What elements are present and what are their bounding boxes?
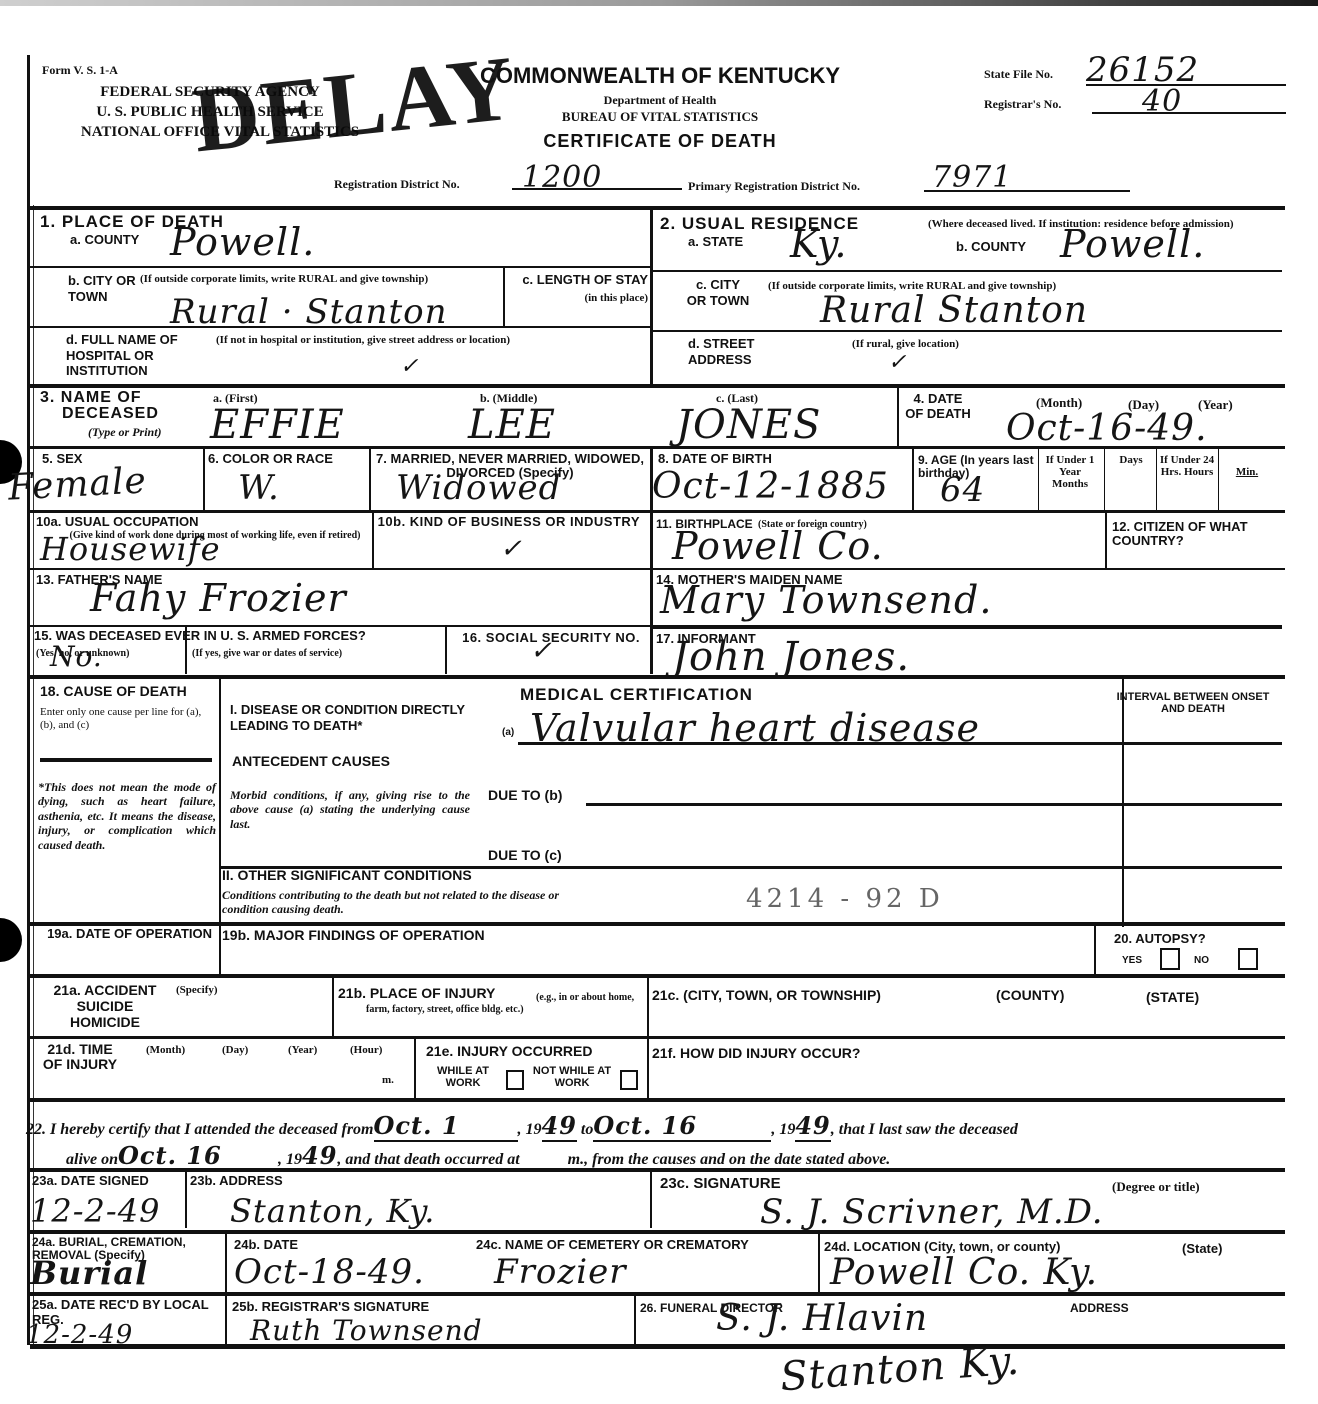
medical-cert-title: MEDICAL CERTIFICATION (520, 686, 753, 704)
age-value[interactable]: 64 (940, 470, 985, 510)
primary-district-label: Primary Registration District No. (688, 180, 860, 193)
rule (30, 1292, 1285, 1296)
bureau-name: BUREAU OF VITAL STATISTICS (430, 110, 890, 124)
autopsy-no-checkbox[interactable] (1238, 948, 1258, 970)
race-value[interactable]: W. (238, 468, 280, 508)
antecedent-note: Morbid conditions, if any, giving rise t… (230, 788, 470, 831)
armed-forces-value[interactable]: No. (50, 640, 103, 673)
divider (1156, 448, 1157, 510)
hospital-note: (If not in hospital or institution, give… (216, 334, 636, 346)
divider (1038, 448, 1039, 510)
attended-from-year[interactable]: 49 (542, 1111, 577, 1142)
signature-label: 23c. SIGNATURE (660, 1176, 781, 1192)
form-number: Form V. S. 1-A (42, 64, 118, 77)
injury-year-label: (Year) (288, 1044, 317, 1056)
rule (30, 1098, 1285, 1102)
cause-a-value[interactable]: Valvular heart disease (530, 706, 980, 750)
occupation-label: 10a. USUAL OCCUPATION (36, 515, 199, 529)
rule (30, 326, 650, 328)
date-of-death-value[interactable]: Oct-16-49. (1006, 408, 1208, 449)
injury-m-label: m. (382, 1074, 394, 1086)
divider (650, 1170, 652, 1228)
registrar-no-label: Registrar's No. (984, 98, 1061, 111)
injury-hour-label: (Hour) (350, 1044, 382, 1056)
rule (652, 330, 1282, 332)
divider (1094, 924, 1096, 976)
divider (414, 1038, 416, 1098)
armed-note-right: (If yes, give war or dates of service) (192, 648, 342, 659)
city-note: (If outside corporate limits, write RURA… (140, 273, 495, 285)
name-label-2: DECEASED (62, 406, 159, 423)
divider (372, 512, 374, 568)
funeral-director-value[interactable]: S. J. Hlavin (716, 1298, 928, 1339)
date-signed-value[interactable]: 12-2-49 (30, 1192, 160, 1230)
certify-text-1: 22. I hereby certify that I attended the… (26, 1121, 374, 1138)
attended-to-year[interactable]: 49 (795, 1111, 830, 1142)
days-label: Days (1106, 454, 1156, 466)
rule (30, 1036, 1285, 1039)
degree-label: (Degree or title) (1112, 1180, 1200, 1194)
divider (332, 976, 334, 1036)
certify-line-1: 22. I hereby certify that I attended the… (26, 1112, 1018, 1142)
rule (30, 568, 1285, 570)
location-state-label: (State) (1182, 1242, 1222, 1256)
rule (30, 510, 1285, 513)
cemetery-label: 24c. NAME OF CEMETERY OR CREMATORY (476, 1238, 749, 1252)
certify-text-2: , that I last saw the deceased (831, 1121, 1018, 1138)
res-state-value[interactable]: Ky. (790, 222, 847, 266)
year-prefix: , 19 (278, 1151, 302, 1168)
punch-hole-icon (0, 918, 22, 962)
divider (503, 268, 505, 326)
date-of-death-label: 4. DATE OF DEATH (903, 392, 973, 422)
date-signed-label: 23a. DATE SIGNED (32, 1174, 149, 1188)
hospital-value[interactable]: ✓ (400, 354, 419, 379)
state-title: COMMONWEALTH OF KENTUCKY (430, 64, 890, 87)
reg-district-value: 1200 (512, 160, 682, 190)
line-a-label: (a) (502, 728, 514, 739)
occupation-value[interactable]: Housewife (40, 530, 221, 568)
attended-to-value[interactable]: Oct. 16 (593, 1112, 771, 1142)
injury-month-label: (Month) (146, 1044, 185, 1056)
direct-cause-label: I. DISEASE OR CONDITION DIRECTLY LEADING… (230, 702, 500, 733)
res-state-label: a. STATE (688, 235, 743, 249)
cause-line-b[interactable] (586, 803, 1282, 806)
injury-county-label: (COUNTY) (996, 988, 1064, 1003)
how-injury-label: 21f. HOW DID INJURY OCCUR? (652, 1046, 860, 1061)
divider (1122, 677, 1124, 927)
while-at-work-checkbox[interactable] (506, 1070, 524, 1090)
divider (185, 627, 187, 674)
to-text: to (581, 1121, 593, 1138)
injury-city-label: 21c. (CITY, TOWN, OR TOWNSHIP) (652, 988, 881, 1003)
divider (185, 1170, 187, 1228)
autopsy-no-label: NO (1194, 956, 1209, 967)
attended-from-value[interactable]: Oct. 1 (374, 1112, 518, 1142)
operation-findings-label: 19b. MAJOR FINDINGS OF OPERATION (222, 928, 485, 943)
divider (225, 1232, 227, 1292)
rule (652, 625, 1282, 629)
race-label: 6. COLOR OR RACE (208, 452, 333, 466)
rule (40, 758, 212, 762)
stay-label: c. LENGTH OF STAY (508, 273, 648, 287)
under-months-label: If Under 1 Year Months (1040, 454, 1100, 490)
due-to-b-label: DUE TO (b) (488, 788, 562, 803)
place-injury-note: (e.g., in or about home, farm, factory, … (366, 992, 648, 1015)
divider (369, 448, 371, 510)
ssn-value[interactable]: ✓ (530, 636, 553, 666)
accident-specify-label: (Specify) (176, 984, 218, 996)
divider (912, 448, 914, 510)
physician-signature[interactable]: S. J. Scrivner, M.D. (760, 1192, 1104, 1232)
res-city-label: c. CITY OR TOWN (686, 277, 750, 308)
antecedent-label: ANTECEDENT CAUSES (232, 754, 390, 769)
year-prefix: , 19 (771, 1121, 795, 1138)
divider (219, 924, 221, 974)
burial-method-value[interactable]: Burial (30, 1254, 148, 1292)
burial-date-label: 24b. DATE (234, 1238, 298, 1252)
res-street-note: (If rural, give location) (852, 338, 959, 350)
injury-state-label: (STATE) (1146, 990, 1199, 1005)
cause-instruction: Enter only one cause per line for (a), (… (40, 706, 216, 732)
marital-value[interactable]: Widowed (396, 468, 561, 508)
funeral-address-label: ADDRESS (1070, 1302, 1129, 1315)
divider (1218, 448, 1219, 510)
res-city-value[interactable]: Rural Stanton (820, 290, 1088, 331)
death-county-value[interactable]: Powell. (170, 220, 315, 264)
autopsy-yes-checkbox[interactable] (1160, 948, 1180, 970)
business-label: 10b. KIND OF BUSINESS OR INDUSTRY (376, 515, 640, 529)
reg-district-label: Registration District No. (334, 178, 460, 191)
due-to-c-label: DUE TO (c) (488, 848, 562, 863)
rule (30, 1168, 1285, 1172)
stay-note: (in this place) (520, 292, 648, 304)
city-label: b. CITY OR TOWN (68, 273, 138, 304)
cause-footnote: *This does not mean the mode of dying, s… (38, 780, 216, 852)
under-hours-label: If Under 24 Hrs. Hours (1158, 454, 1216, 478)
attended-to-text: Oct. 16 (593, 1111, 697, 1140)
other-conditions-value[interactable]: 4214 - 92 D (746, 884, 944, 914)
min-label: Min. (1222, 466, 1272, 478)
scan-top-edge (0, 0, 1318, 6)
not-while-at-work-checkbox[interactable] (620, 1070, 638, 1090)
autopsy-label: 20. AUTOPSY? (1114, 932, 1206, 946)
state-file-value: 26152 (1086, 50, 1286, 86)
certify-text-3: , and that death occurred at (337, 1151, 519, 1168)
accident-label: 21a. ACCIDENT SUICIDE HOMICIDE (40, 982, 170, 1030)
divider (1104, 448, 1105, 510)
address-label: 23b. ADDRESS (190, 1174, 283, 1188)
father-value[interactable]: Fahy Frozier (90, 576, 347, 620)
sex-value[interactable]: Female (7, 460, 148, 508)
rule (30, 1230, 1285, 1234)
hospital-label: d. FULL NAME OF HOSPITAL OR INSTITUTION (66, 332, 216, 379)
rule (30, 1344, 1285, 1349)
certify-text-4: m., from the causes and on the date stat… (568, 1151, 891, 1168)
alive-on-text: alive on (66, 1151, 118, 1168)
divider (818, 1232, 820, 1292)
rule (652, 270, 1282, 272)
not-while-at-work-label: NOT WHILE AT WORK (524, 1066, 620, 1089)
divider (650, 206, 653, 384)
cause-title: 18. CAUSE OF DEATH (40, 684, 187, 699)
burial-date-value[interactable]: Oct-18-49. (234, 1252, 425, 1292)
res-county-value[interactable]: Powell. (1060, 222, 1205, 266)
business-value[interactable]: ✓ (500, 534, 523, 564)
birthplace-value[interactable]: Powell Co. (672, 524, 884, 568)
registrar-signature-label: 25b. REGISTRAR'S SIGNATURE (232, 1300, 429, 1314)
injury-day-label: (Day) (222, 1044, 248, 1056)
res-street-label: d. STREET ADDRESS (688, 336, 778, 367)
mother-value[interactable]: Mary Townsend. (660, 578, 992, 622)
injury-occurred-label: 21e. INJURY OCCURRED (426, 1044, 593, 1059)
divider (225, 1294, 227, 1344)
res-street-value[interactable]: ✓ (888, 350, 907, 375)
address-value[interactable]: Stanton, Ky. (230, 1192, 435, 1230)
while-at-work-label: WHILE AT WORK (420, 1066, 506, 1089)
informant-value[interactable]: John Jones. (672, 634, 910, 680)
time-injury-label: 21d. TIME OF INJURY (40, 1042, 120, 1073)
primary-district-value: 7971 (924, 160, 1130, 192)
divider (219, 677, 221, 922)
rule (30, 974, 1285, 978)
divider (203, 448, 205, 510)
res-county-label: b. COUNTY (956, 240, 1026, 254)
middle-name-value[interactable]: LEE (468, 402, 556, 448)
alive-on-date: Oct. 16 (118, 1141, 222, 1170)
state-file-label: State File No. (984, 68, 1053, 81)
divider (1105, 512, 1107, 568)
rule (30, 625, 650, 627)
year-prefix: , 19 (518, 1121, 542, 1138)
rule (30, 206, 1285, 210)
autopsy-yes-label: YES (1122, 956, 1142, 967)
form-left-border (27, 55, 30, 1345)
divider (897, 386, 899, 446)
name-label-3: (Type or Print) (88, 426, 162, 440)
cemetery-value[interactable]: Frozier (494, 1252, 626, 1292)
last-name-value[interactable]: JONES (676, 402, 821, 448)
rule (30, 384, 1285, 388)
other-conditions-label: II. OTHER SIGNIFICANT CONDITIONS (222, 868, 472, 883)
dob-value[interactable]: Oct-12-1885 (652, 466, 889, 507)
location-value[interactable]: Powell Co. Ky. (830, 1252, 1098, 1293)
rule (30, 266, 650, 268)
operation-date-label: 19a. DATE OF OPERATION (36, 926, 212, 942)
registrar-no-value: 40 (1092, 84, 1286, 114)
dob-label: 8. DATE OF BIRTH (658, 452, 772, 466)
county-label: a. COUNTY (70, 233, 139, 247)
rule (30, 446, 1285, 449)
registrar-signature-value[interactable]: Ruth Townsend (250, 1314, 483, 1347)
department-name: Department of Health (430, 94, 890, 107)
divider (634, 1294, 636, 1344)
first-name-value[interactable]: EFFIE (210, 402, 345, 448)
citizen-label: 12. CITIZEN OF WHAT COUNTRY? (1112, 520, 1282, 549)
attended-from-text: Oct. 1 (374, 1111, 460, 1140)
interval-label: INTERVAL BETWEEN ONSET AND DEATH (1108, 692, 1278, 715)
other-conditions-note: Conditions contributing to the death but… (222, 888, 602, 917)
divider (445, 627, 447, 674)
certificate-title: CERTIFICATE OF DEATH (430, 132, 890, 151)
